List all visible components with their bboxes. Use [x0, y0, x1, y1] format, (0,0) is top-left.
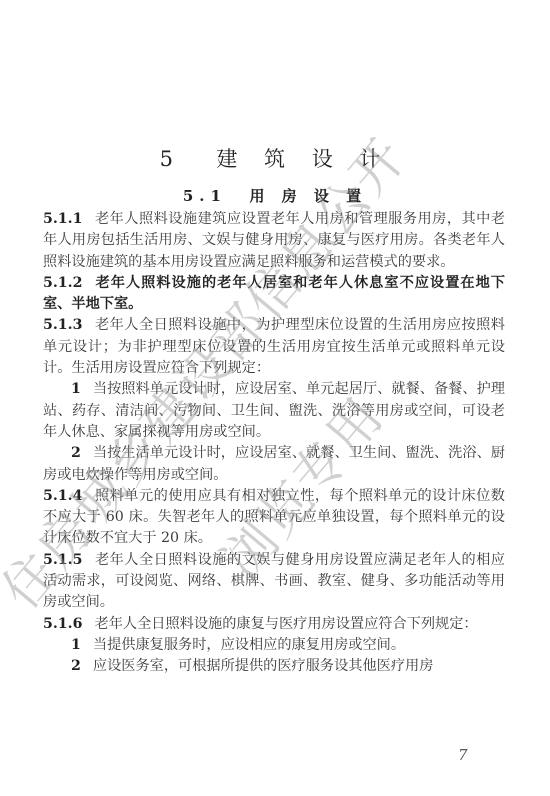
clause-number: 5.1.5 [43, 552, 83, 568]
item-number: 1 [71, 637, 81, 653]
document-page: 5 建 筑 设 计 5.1 用 房 设 置 5.1.1老年人照料设施建筑应设置老… [0, 0, 550, 796]
clause-item: 1当提供康复服务时，应设相应的康复用房或空间。 [43, 635, 505, 656]
clause-number: 5.1.2 [43, 275, 83, 291]
item-text: 当按生活单元设计时，应设居室、就餐、卫生间、盥洗、洗浴、厨房或电炊操作等用房或空… [43, 445, 505, 482]
clause-5-1-4: 5.1.4照料单元的使用应具有相对独立性，每个照料单元的设计床位数不应大于 60… [43, 486, 505, 550]
document-body: 5.1.1老年人照料设施建筑应设置老年人用房和管理服务用房，其中老年人用房包括生… [43, 209, 505, 678]
clause-5-1-3: 5.1.3老年人全日照料设施中，为护理型床位设置的生活用房应按照料单元设计；为非… [43, 315, 505, 379]
clause-item: 2当按生活单元设计时，应设居室、就餐、卫生间、盥洗、洗浴、厨房或电炊操作等用房或… [43, 443, 505, 486]
chapter-title-text: 建 筑 设 计 [216, 147, 390, 171]
clause-text: 老年人照料设施建筑应设置老年人用房和管理服务用房，其中老年人用房包括生活用房、文… [43, 211, 505, 270]
section-title: 5.1 用 房 设 置 [0, 185, 550, 206]
page-number: 7 [458, 746, 468, 764]
clause-5-1-5: 5.1.5老年人全日照料设施的文娱与健身用房设置应满足老年人的相应活动需求，可设… [43, 550, 505, 614]
clause-5-1-1: 5.1.1老年人照料设施建筑应设置老年人用房和管理服务用房，其中老年人用房包括生… [43, 209, 505, 273]
clause-5-1-2: 5.1.2老年人照料设施的老年人居室和老年人休息室不应设置在地下室、半地下室。 [43, 273, 505, 316]
section-number: 5.1 [183, 187, 227, 205]
clause-text: 老年人全日照料设施的康复与医疗用房设置应符合下列规定： [95, 616, 478, 632]
clause-number: 5.1.3 [43, 317, 83, 333]
section-title-text: 用 房 设 置 [249, 187, 367, 205]
clause-item: 1当按照料单元设计时，应设居室、单元起居厅、就餐、备餐、护理站、药存、清洁间、污… [43, 379, 505, 443]
chapter-title: 5 建 筑 设 计 [0, 143, 550, 173]
item-text: 应设医务室，可根据所提供的医疗服务设其他医疗用房 [93, 658, 434, 674]
clause-item: 2应设医务室，可根据所提供的医疗服务设其他医疗用房 [43, 656, 505, 677]
item-text: 当提供康复服务时，应设相应的康复用房或空间。 [93, 637, 405, 653]
clause-5-1-6: 5.1.6老年人全日照料设施的康复与医疗用房设置应符合下列规定： [43, 614, 505, 635]
clause-text: 老年人全日照料设施的文娱与健身用房设置应满足老年人的相应活动需求，可设阅览、网络… [43, 552, 505, 611]
clause-text: 老年人全日照料设施中，为护理型床位设置的生活用房应按照料单元设计；为非护理型床位… [43, 317, 505, 376]
item-number: 2 [71, 445, 81, 461]
item-number: 2 [71, 658, 81, 674]
item-number: 1 [71, 381, 81, 397]
chapter-number: 5 [160, 147, 183, 171]
clause-number: 5.1.6 [43, 616, 83, 632]
clause-text: 照料单元的使用应具有相对独立性，每个照料单元的设计床位数不应大于 60 床。失智… [43, 488, 505, 547]
clause-number: 5.1.4 [43, 488, 83, 504]
item-text: 当按照料单元设计时，应设居室、单元起居厅、就餐、备餐、护理站、药存、清洁间、污物… [43, 381, 505, 440]
clause-text: 老年人照料设施的老年人居室和老年人休息室不应设置在地下室、半地下室。 [43, 275, 505, 312]
clause-number: 5.1.1 [43, 211, 83, 227]
